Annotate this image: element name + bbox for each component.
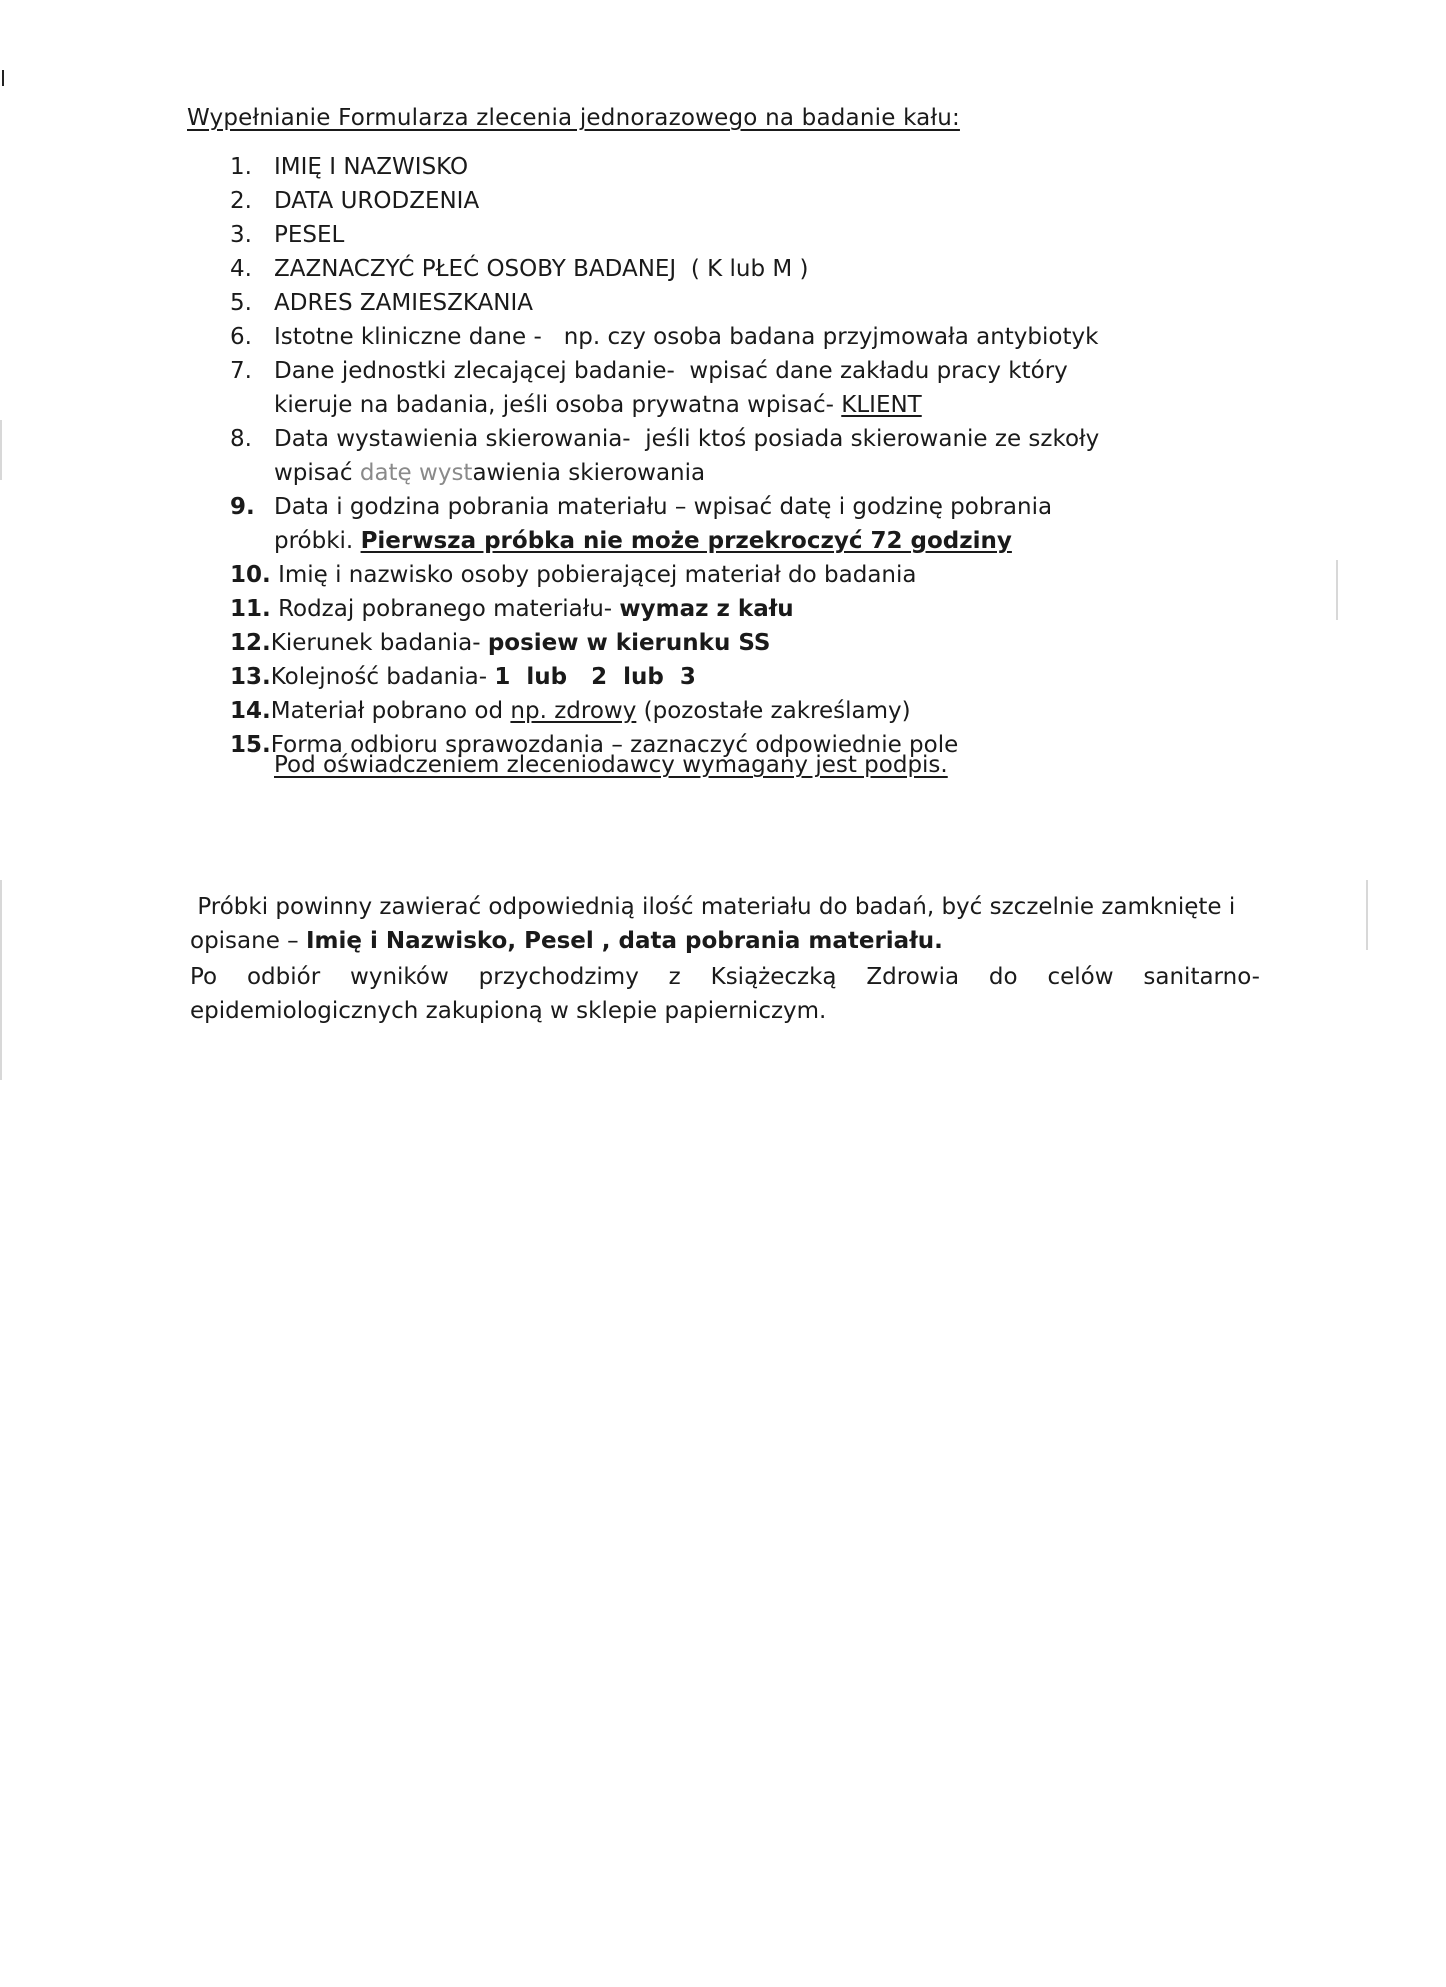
signature-note: Pod oświadczeniem zleceniodawcy wymagany… [274,752,948,778]
list-item: 2. DATA URODZENIA [230,184,1290,218]
item-number: 5. [230,286,252,320]
item-number: 11. [230,596,271,622]
scan-edge-line [0,880,2,1080]
item-number: 12. [230,630,271,656]
list-item: 12.Kierunek badania- posiew w kierunku S… [230,626,1290,660]
item-text: (pozostałe zakreślamy) [636,698,910,724]
scanned-document-page: Wypełnianie Formularza zlecenia jednoraz… [0,0,1446,1987]
item-number: 15. [230,732,271,758]
item-number: 6. [230,320,252,354]
results-pickup-paragraph: Po odbiór wyników przychodzimy z Książec… [190,960,1260,1028]
item-number: 9. [230,490,255,524]
bold-text: 1 lub 2 lub 3 [494,664,696,690]
item-text: PESEL [274,222,344,248]
list-item: 10. Imię i nazwisko osoby pobierającej m… [230,558,1290,592]
item-number: 10. [230,562,271,588]
item-number: 4. [230,252,252,286]
list-item: 7. Dane jednostki zlecającej badanie- wp… [230,354,1290,422]
underlined-text: KLIENT [841,392,921,418]
list-item: 11. Rodzaj pobranego materiału- wymaz z … [230,592,1290,626]
item-text: Imię i nazwisko osoby pobierającej mater… [278,562,916,588]
list-item: 3. PESEL [230,218,1290,252]
bold-text: posiew w kierunku SS [488,630,771,656]
scan-edge-line [1336,560,1338,620]
bold-text: Imię i Nazwisko, Pesel , data pobrania m… [306,928,943,954]
item-text: DATA URODZENIA [274,188,479,214]
list-item: 6. Istotne kliniczne dane - np. czy osob… [230,320,1290,354]
item-number: 3. [230,218,252,252]
item-text: wpisać [274,460,360,486]
item-number: 7. [230,354,252,388]
samples-paragraph: Próbki powinny zawierać odpowiednią iloś… [190,890,1260,958]
document-title: Wypełnianie Formularza zlecenia jednoraz… [187,105,960,131]
list-item: 4. ZAZNACZYĆ PŁEĆ OSOBY BADANEJ ( K lub … [230,252,1290,286]
underlined-text: np. zdrowy [510,698,636,724]
item-number: 2. [230,184,252,218]
item-text-line2: próbki. Pierwsza próbka nie może przekro… [274,524,1290,558]
item-text: IMIĘ I NAZWISKO [274,154,468,180]
item-text: Kierunek badania- [271,630,488,656]
faded-text: datę wyst [360,460,473,486]
item-text: Materiał pobrano od [271,698,511,724]
item-text-line1: Data wystawienia skierowania- jeśli ktoś… [274,422,1290,456]
bold-underlined-text: Pierwsza próbka nie może przekroczyć 72 … [361,528,1012,554]
item-text: Rodzaj pobranego materiału- [278,596,619,622]
list-item: 1. IMIĘ I NAZWISKO [230,150,1290,184]
scan-artifact-mark [2,70,4,86]
item-number: 8. [230,422,252,456]
item-text-line1: Data i godzina pobrania materiału – wpis… [274,490,1290,524]
item-text-line1: Dane jednostki zlecającej badanie- wpisa… [274,354,1290,388]
item-text-line2: kieruje na badania, jeśli osoba prywatna… [274,388,1290,422]
list-item: 8. Data wystawienia skierowania- jeśli k… [230,422,1290,490]
bold-text: wymaz z kału [619,596,793,622]
scan-edge-line [1366,880,1368,950]
list-item: 14.Materiał pobrano od np. zdrowy (pozos… [230,694,1290,728]
item-number: 1. [230,150,252,184]
item-number: 13. [230,664,271,690]
item-text: awienia skierowania [472,460,705,486]
list-item: 5. ADRES ZAMIESZKANIA [230,286,1290,320]
list-item: 9. Data i godzina pobrania materiału – w… [230,490,1290,558]
item-text: ADRES ZAMIESZKANIA [274,290,533,316]
item-text: próbki. [274,528,361,554]
item-text: ZAZNACZYĆ PŁEĆ OSOBY BADANEJ ( K lub M ) [274,256,809,282]
list-item: 13.Kolejność badania- 1 lub 2 lub 3 [230,660,1290,694]
item-text: Kolejność badania- [271,664,495,690]
scan-edge-line [0,420,2,480]
item-text-line2: wpisać datę wystawienia skierowania [274,456,1290,490]
item-text: Istotne kliniczne dane - np. czy osoba b… [274,324,1098,350]
item-number: 14. [230,698,271,724]
item-text: kieruje na badania, jeśli osoba prywatna… [274,392,841,418]
instruction-list: 1. IMIĘ I NAZWISKO 2. DATA URODZENIA 3. … [230,150,1290,762]
